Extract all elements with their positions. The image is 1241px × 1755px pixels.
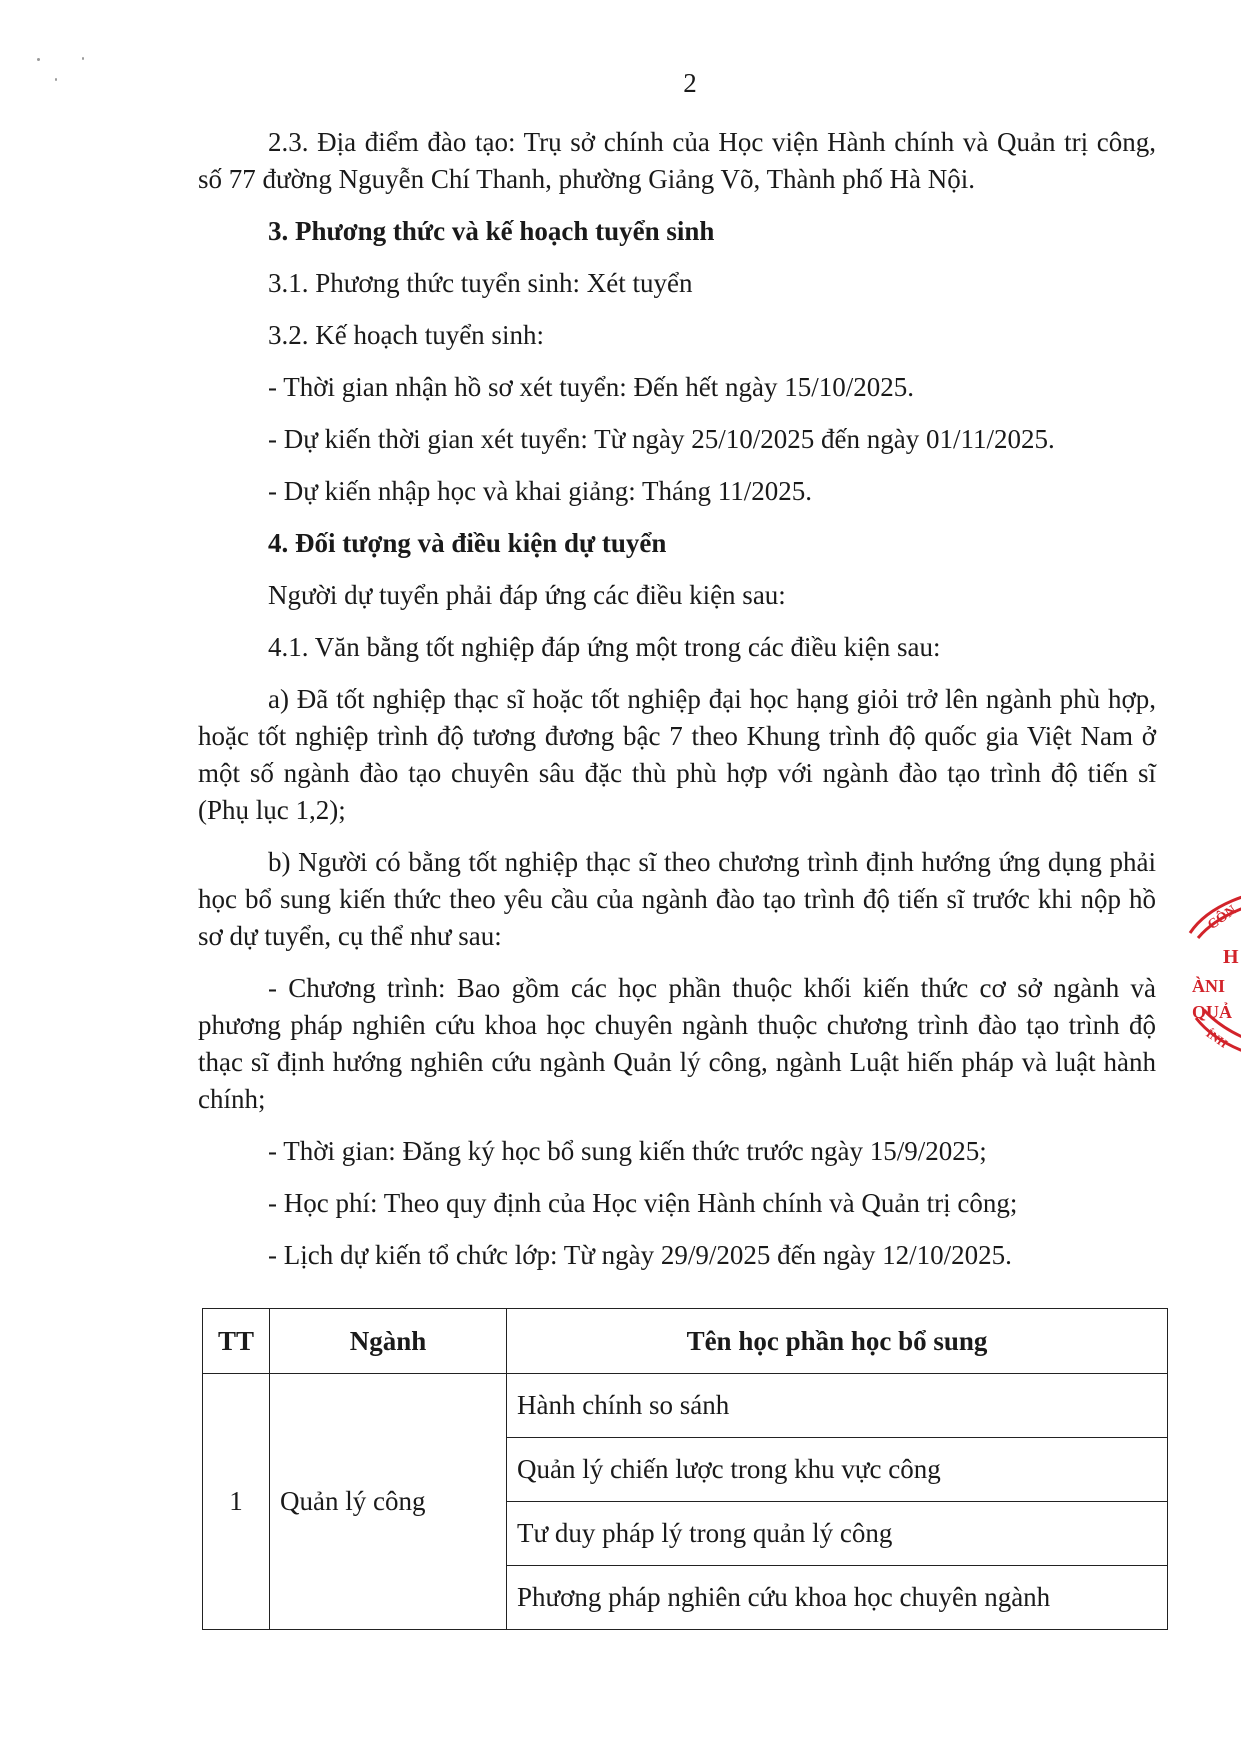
stamp-text: H	[1223, 946, 1239, 968]
condition-b: b) Người có bằng tốt nghiệp thạc sĩ theo…	[198, 844, 1156, 955]
supplementary-courses-table: TT Ngành Tên học phần học bổ sung 1 Quản…	[202, 1308, 1168, 1630]
tuition-fee: - Học phí: Theo quy định của Học viện Hà…	[198, 1185, 1156, 1222]
row-tt: 1	[203, 1374, 270, 1630]
header-tt: TT	[203, 1309, 270, 1374]
section-2-3: 2.3. Địa điểm đào tạo: Trụ sở chính của …	[198, 124, 1156, 198]
class-schedule: - Lịch dự kiến tổ chức lớp: Từ ngày 29/9…	[198, 1237, 1156, 1274]
official-seal-stamp: CÔN H ÀNI QUẢ ÍNH	[1188, 878, 1241, 1068]
table-header-row: TT Ngành Tên học phần học bổ sung	[203, 1309, 1168, 1374]
section-4-intro: Người dự tuyển phải đáp ứng các điều kiệ…	[198, 577, 1156, 614]
page-number: 2	[0, 68, 1241, 99]
condition-a: a) Đã tốt nghiệp thạc sĩ hoặc tốt nghiệp…	[198, 681, 1156, 829]
bullet-review-period: - Dự kiến thời gian xét tuyển: Từ ngày 2…	[198, 421, 1156, 458]
row-nganh: Quản lý công	[270, 1374, 507, 1630]
section-4-1: 4.1. Văn bằng tốt nghiệp đáp ứng một tro…	[198, 629, 1156, 666]
heading-section-3: 3. Phương thức và kế hoạch tuyển sinh	[198, 213, 1156, 250]
heading-section-4: 4. Đối tượng và điều kiện dự tuyển	[198, 525, 1156, 562]
course-cell: Phương pháp nghiên cứu khoa học chuyên n…	[507, 1566, 1168, 1630]
course-cell: Quản lý chiến lược trong khu vực công	[507, 1438, 1168, 1502]
course-cell: Hành chính so sánh	[507, 1374, 1168, 1438]
stamp-text: QUẢ	[1192, 1002, 1232, 1022]
table-row: 1 Quản lý công Hành chính so sánh	[203, 1374, 1168, 1438]
section-3-1: 3.1. Phương thức tuyển sinh: Xét tuyển	[198, 265, 1156, 302]
document-body: 2.3. Địa điểm đào tạo: Trụ sở chính của …	[198, 124, 1156, 1274]
header-course-name: Tên học phần học bổ sung	[507, 1309, 1168, 1374]
section-3-2: 3.2. Kế hoạch tuyển sinh:	[198, 317, 1156, 354]
bullet-application-deadline: - Thời gian nhận hồ sơ xét tuyển: Đến hế…	[198, 369, 1156, 406]
stamp-text: ÀNI	[1192, 975, 1225, 996]
scan-speck	[37, 58, 40, 61]
bullet-enrollment: - Dự kiến nhập học và khai giảng: Tháng …	[198, 473, 1156, 510]
course-cell: Tư duy pháp lý trong quản lý công	[507, 1502, 1168, 1566]
registration-time: - Thời gian: Đăng ký học bổ sung kiến th…	[198, 1133, 1156, 1170]
program-detail: - Chương trình: Bao gồm các học phần thu…	[198, 970, 1156, 1118]
header-nganh: Ngành	[270, 1309, 507, 1374]
scan-speck	[82, 57, 84, 60]
